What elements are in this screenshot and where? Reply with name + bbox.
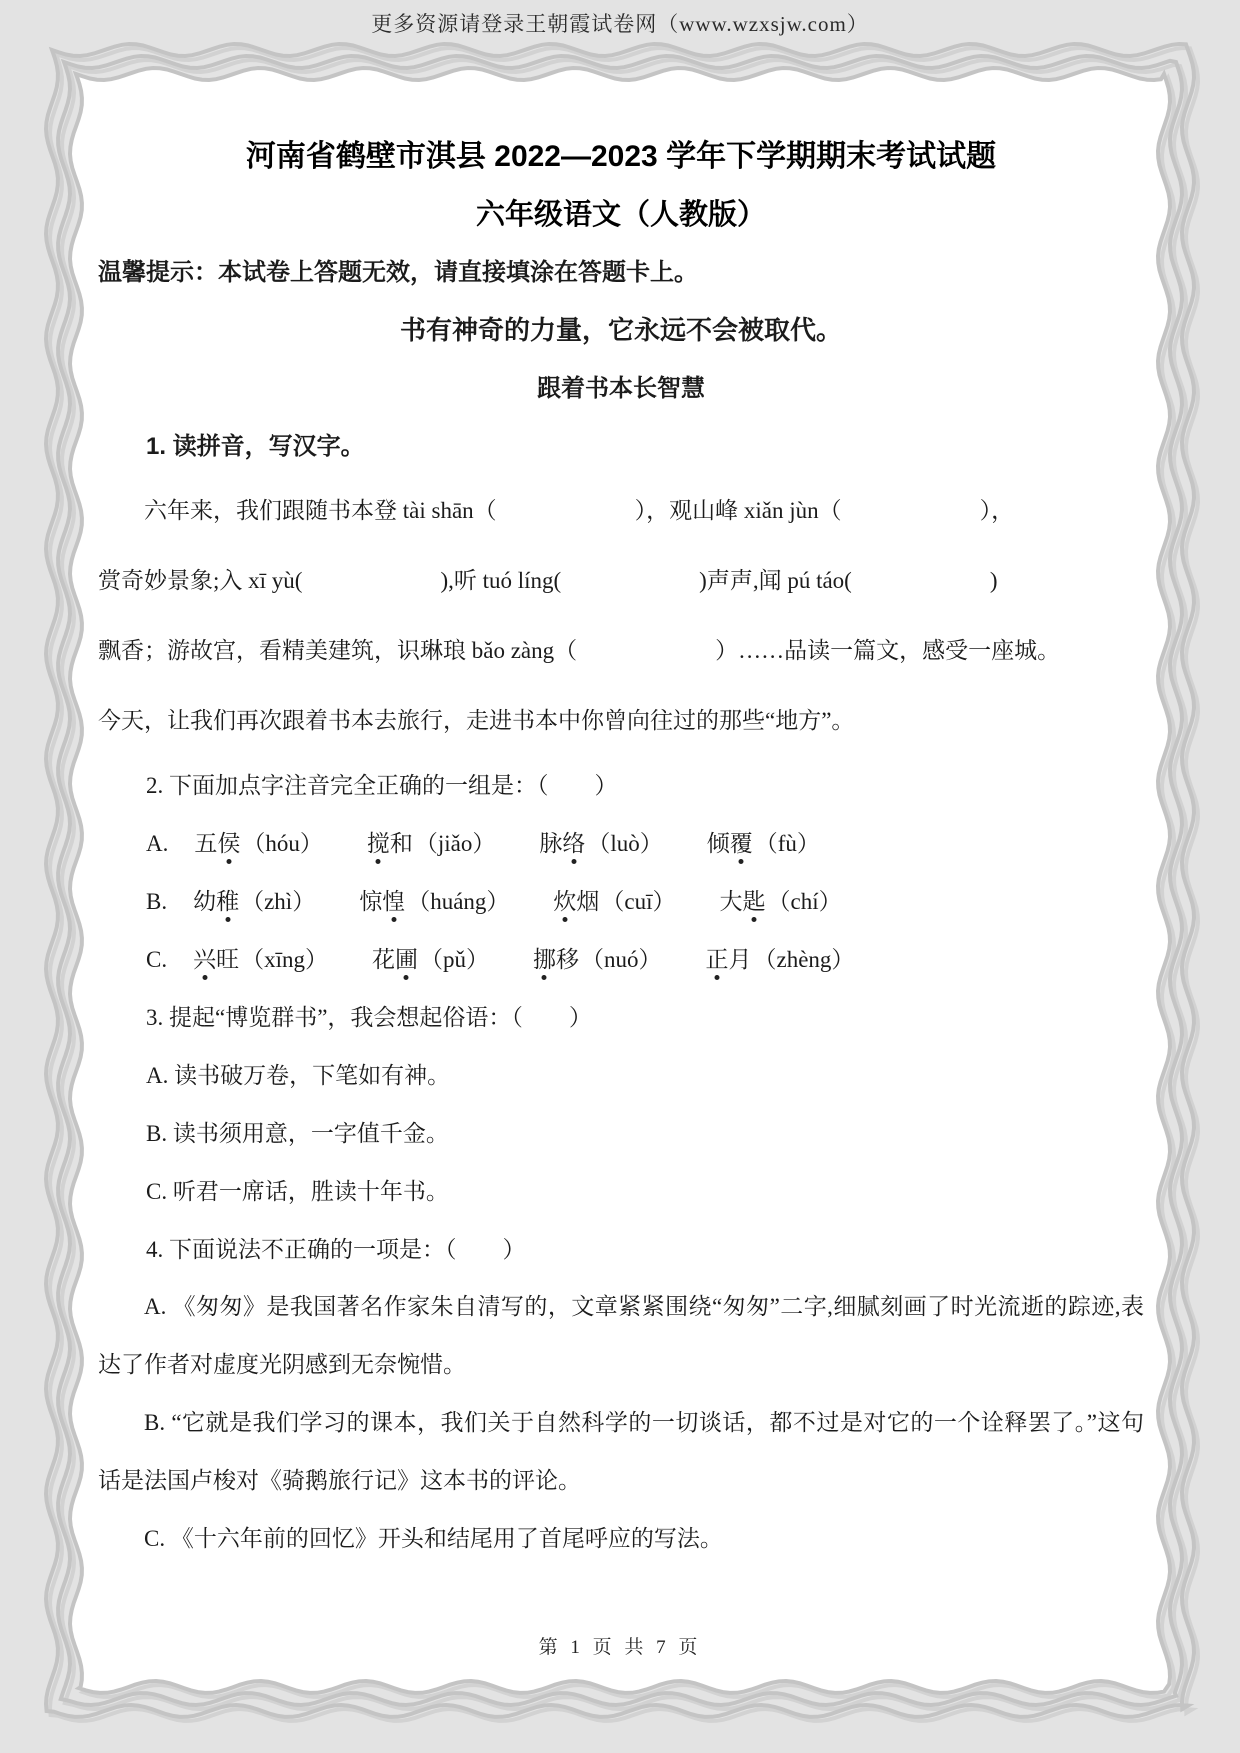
dotted-word-group: 正月（zhèng） bbox=[705, 948, 854, 971]
pinyin-annotation: （zhì） bbox=[241, 889, 315, 914]
question-2-options: A.五侯（hóu）搅和（jiǎo）脉络（luò）倾覆（fù）B.幼稚（zhì）惊… bbox=[98, 814, 1144, 988]
dotted-word-group: 幼稚（zhì） bbox=[193, 890, 315, 913]
option-label: B. bbox=[146, 890, 167, 913]
dotted-word-group: 挪移（nuó） bbox=[533, 948, 662, 971]
emphasis-dotted-char: 络 bbox=[562, 832, 585, 855]
dotted-word-group: 搅和（jiǎo） bbox=[367, 832, 496, 855]
question-2-option-row: C.兴旺（xīng）花圃（pǔ）挪移（nuó）正月（zhèng） bbox=[98, 930, 1144, 988]
warm-notice: 温馨提示：本试卷上答题无效，请直接填涂在答题卡上。 bbox=[98, 261, 698, 285]
dotted-word-group: 炊烟（cuī） bbox=[553, 890, 675, 913]
pinyin-annotation: （jiǎo） bbox=[415, 831, 496, 856]
emphasis-dotted-char: 圃 bbox=[395, 948, 418, 971]
exam-title: 河南省鹤壁市淇县 2022—2023 学年下学期期末考试试题 bbox=[246, 142, 996, 172]
question-1-line: 赏奇妙景象;入 xī yù( ),听 tuó líng( )声声,闻 pú tá… bbox=[98, 546, 1144, 616]
emphasis-dotted-char: 正 bbox=[705, 948, 728, 971]
question-1-paragraph: 六年来，我们跟随书本登 tài shān（ ），观山峰 xiǎn jùn（ ），… bbox=[98, 476, 1144, 756]
question-3-option: A. 读书破万卷，下笔如有神。 bbox=[98, 1046, 1144, 1104]
option-label: C. bbox=[146, 948, 167, 971]
question-1-line: 六年来，我们跟随书本登 tài shān（ ），观山峰 xiǎn jùn（ ）， bbox=[98, 476, 1144, 546]
site-notice: 更多资源请登录王朝霞试卷网（www.wzxsjw.com） bbox=[0, 8, 1240, 38]
exam-subtitle: 六年级语文（人教版） bbox=[476, 201, 766, 230]
exam-paper: 河南省鹤壁市淇县 2022—2023 学年下学期期末考试试题 六年级语文（人教版… bbox=[98, 128, 1144, 1568]
pinyin-annotation: （nuó） bbox=[581, 947, 662, 972]
section-title: 跟着书本长智慧 bbox=[537, 377, 705, 401]
dotted-word-group: 脉络（luò） bbox=[539, 832, 662, 855]
question-4-heading: 4. 下面说法不正确的一项是：（ ） bbox=[98, 1238, 526, 1261]
question-1-line: 今天，让我们再次跟着书本去旅行，走进书本中你曾向往过的那些“地方”。 bbox=[98, 686, 1144, 756]
pinyin-annotation: （hóu） bbox=[242, 831, 323, 856]
pinyin-annotation: （zhèng） bbox=[753, 947, 854, 972]
question-2-option-row: A.五侯（hóu）搅和（jiǎo）脉络（luò）倾覆（fù） bbox=[98, 814, 1144, 872]
question-3-heading: 3. 提起“博览群书”，我会想起俗语：（ ） bbox=[98, 1006, 592, 1029]
emphasis-dotted-char: 覆 bbox=[730, 832, 753, 855]
question-4-option: A. 《匆匆》是我国著名作家朱自清写的，文章紧紧围绕“匆匆”二字,细腻刻画了时光… bbox=[98, 1278, 1144, 1394]
question-4-option: C. 《十六年前的回忆》开头和结尾用了首尾呼应的写法。 bbox=[98, 1510, 1144, 1568]
dotted-word-group: 五侯（hóu） bbox=[194, 832, 323, 855]
emphasis-dotted-char: 搅 bbox=[367, 832, 390, 855]
question-1-heading: 1. 读拼音，写汉字。 bbox=[98, 435, 365, 459]
pinyin-annotation: （xīng） bbox=[241, 947, 328, 972]
question-3-options: A. 读书破万卷，下笔如有神。B. 读书须用意，一字值千金。C. 听君一席话，胜… bbox=[98, 1046, 1144, 1220]
pinyin-annotation: （pǔ） bbox=[420, 947, 489, 972]
question-1-line: 飘香；游故宫，看精美建筑，识琳琅 bǎo zàng（ ）……品读一篇文，感受一座… bbox=[98, 616, 1144, 686]
emphasis-dotted-char: 兴 bbox=[193, 948, 216, 971]
dotted-word-group: 花圃（pǔ） bbox=[372, 948, 489, 971]
dotted-word-group: 大匙（chí） bbox=[720, 890, 842, 913]
emphasis-dotted-char: 侯 bbox=[217, 832, 240, 855]
emphasis-dotted-char: 惶 bbox=[382, 890, 405, 913]
question-2-option-row: B.幼稚（zhì）惊惶（huáng）炊烟（cuī）大匙（chí） bbox=[98, 872, 1144, 930]
pinyin-annotation: （chí） bbox=[768, 889, 842, 914]
dotted-word-group: 惊惶（huáng） bbox=[359, 890, 509, 913]
pinyin-annotation: （huáng） bbox=[407, 889, 509, 914]
question-3-option: B. 读书须用意，一字值千金。 bbox=[98, 1104, 1144, 1162]
dotted-word-group: 倾覆（fù） bbox=[707, 832, 820, 855]
pinyin-annotation: （luò） bbox=[587, 831, 662, 856]
emphasis-dotted-char: 稚 bbox=[216, 890, 239, 913]
page-number-footer: 第 1 页 共 7 页 bbox=[0, 1632, 1240, 1659]
motto-line: 书有神奇的力量，它永远不会被取代。 bbox=[400, 318, 842, 344]
emphasis-dotted-char: 挪 bbox=[533, 948, 556, 971]
emphasis-dotted-char: 匙 bbox=[743, 890, 766, 913]
pinyin-annotation: （cuī） bbox=[601, 889, 675, 914]
question-4-option: B. “它就是我们学习的课本，我们关于自然科学的一切谈话，都不过是对它的一个诠释… bbox=[98, 1394, 1144, 1510]
option-label: A. bbox=[146, 832, 168, 855]
pinyin-annotation: （fù） bbox=[755, 831, 820, 856]
dotted-word-group: 兴旺（xīng） bbox=[193, 948, 328, 971]
question-2-heading: 2. 下面加点字注音完全正确的一组是：（ ） bbox=[98, 774, 618, 797]
question-4-options: A. 《匆匆》是我国著名作家朱自清写的，文章紧紧围绕“匆匆”二字,细腻刻画了时光… bbox=[98, 1278, 1144, 1568]
emphasis-dotted-char: 炊 bbox=[553, 890, 576, 913]
question-3-option: C. 听君一席话，胜读十年书。 bbox=[98, 1162, 1144, 1220]
